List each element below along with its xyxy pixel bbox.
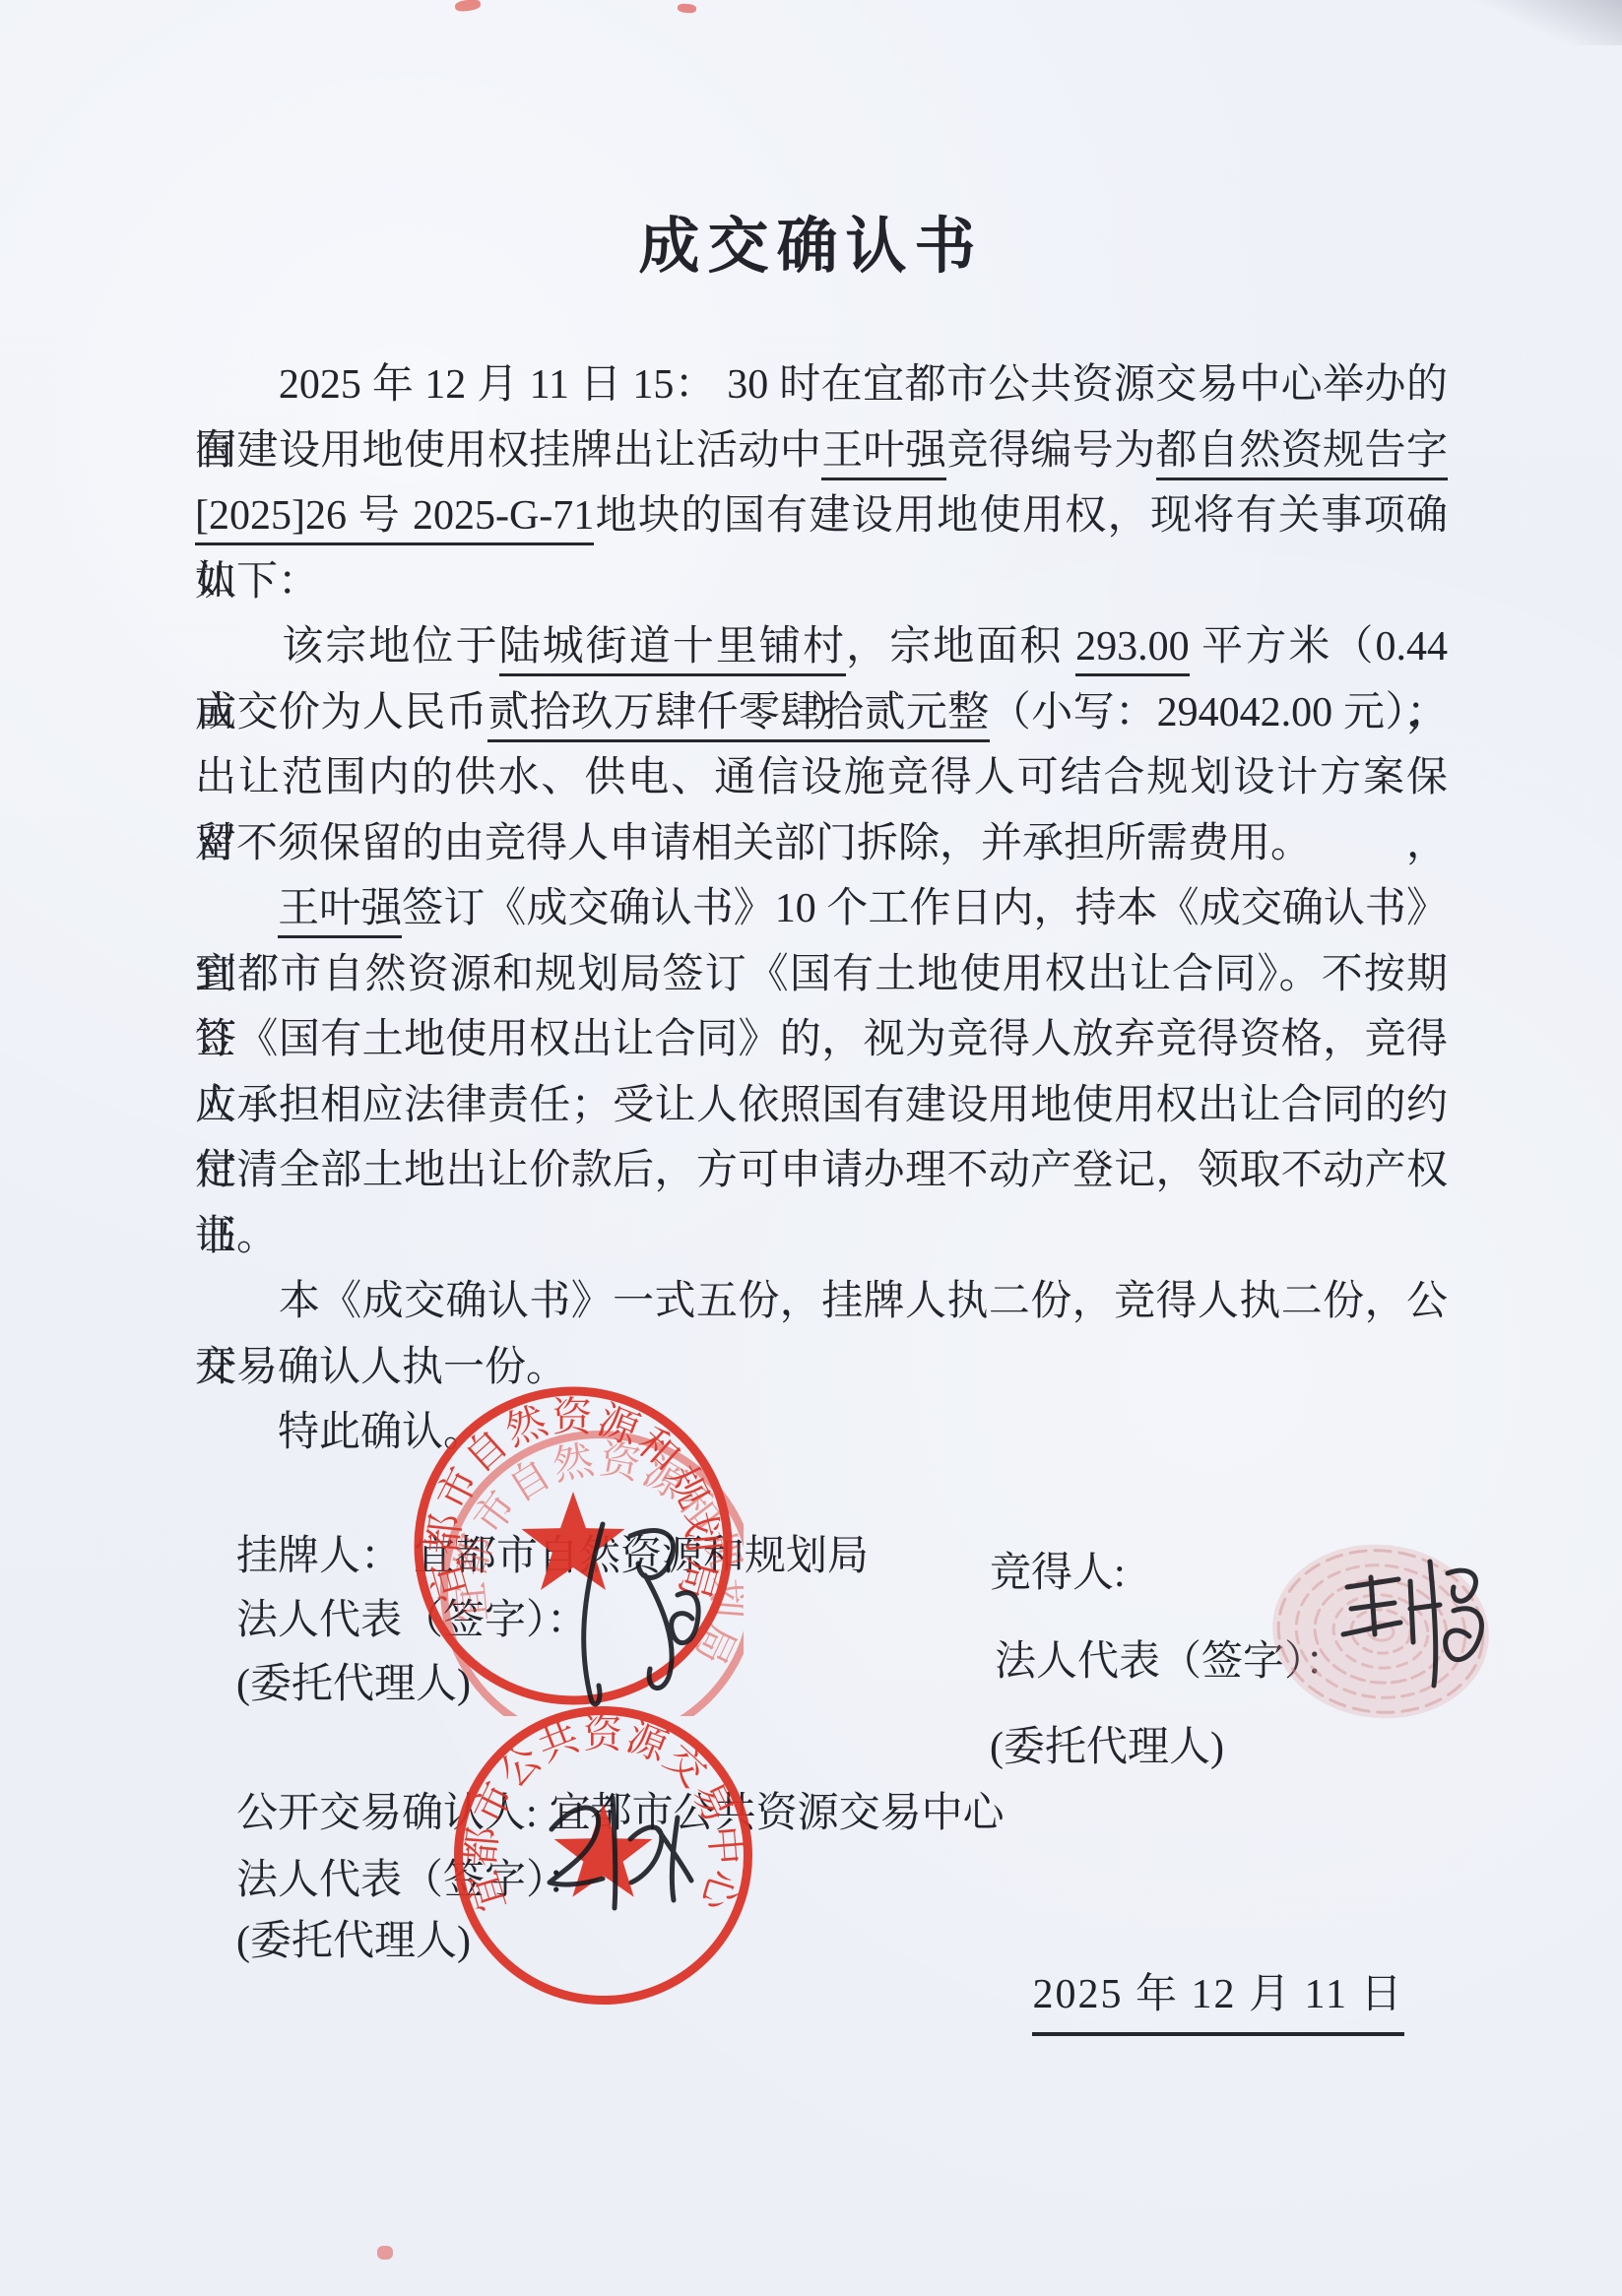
body-line: 特此确认。 — [195, 1400, 1448, 1466]
handwritten-signature-winner — [1343, 1562, 1481, 1686]
body-line: 本《成交确认书》一式五份，挂牌人执二份，竞得人执二份，公开 — [195, 1269, 1448, 1335]
confirmer-agent-row: (委托代理人) — [195, 1859, 471, 2024]
body-line: 有建设用地使用权挂牌出让活动中王叶强竞得编号为都自然资规告字 — [195, 418, 1448, 484]
body-line: 对不须保留的由竞得人申请相关部门拆除，并承担所需费用。 — [195, 811, 1448, 877]
body-line: 成交价为人民币贰拾玖万肆仟零肆拾贰元整（小写：294042.00 元）； — [195, 680, 1448, 746]
body-line: [2025]26 号 2025-G-71地块的国有建设用地使用权，现将有关事项确… — [195, 483, 1448, 549]
stamp-bleed-mark — [377, 2246, 393, 2260]
body-line: 该宗地位于陆城街道十里铺村，宗地面积 293.00 平方米（0.44 亩）， — [195, 614, 1448, 680]
document-title: 成交确认书 — [0, 197, 1622, 285]
body-line: 宜都市自然资源和规划局签订《国有土地使用权出让合同》。不按期签 — [195, 942, 1448, 1008]
body-line: 订《国有土地使用权出让合同》的，视为竞得人放弃竞得资格，竞得人 — [195, 1007, 1448, 1073]
body-line: 付清全部土地出让价款后，方可申请办理不动产登记，领取不动产权证 — [195, 1138, 1448, 1204]
agent-label: (委托代理人) — [236, 1662, 471, 1707]
confirmer-name: 宜都市公共资源交易中心 — [550, 1791, 1005, 1836]
agent-label: (委托代理人) — [236, 1919, 471, 1964]
stamp-bleed-mark — [454, 0, 481, 13]
document-body: 2025 年 12 月 11 日 15： 30 时在宜都市公共资源交易中心举办的… — [195, 352, 1448, 1466]
body-line: 应承担相应法律责任；受让人依照国有建设用地使用权出让合同的约定 — [195, 1073, 1448, 1139]
body-line: 交易确认人执一份。 — [195, 1335, 1448, 1401]
body-line: 王叶强签订《成交确认书》10 个工作日内，持本《成交确认书》到 — [195, 876, 1448, 942]
scan-edge-shadow — [1474, 0, 1622, 45]
body-line: 出让范围内的供水、供电、通信设施竞得人可结合规划设计方案保留， — [195, 745, 1448, 811]
stamp-bleed-mark — [678, 3, 697, 14]
confirmation-date: 2025 年 12 月 11 日 — [1032, 1961, 1404, 2036]
agent-label: (委托代理人) — [990, 1725, 1224, 1770]
body-line: 2025 年 12 月 11 日 15： 30 时在宜都市公共资源交易中心举办的… — [195, 352, 1448, 418]
scanned-document-page: 成交确认书 2025 年 12 月 11 日 15： 30 时在宜都市公共资源交… — [0, 0, 1622, 2296]
body-line: 书。 — [195, 1204, 1448, 1270]
body-line: 如下： — [195, 549, 1448, 615]
